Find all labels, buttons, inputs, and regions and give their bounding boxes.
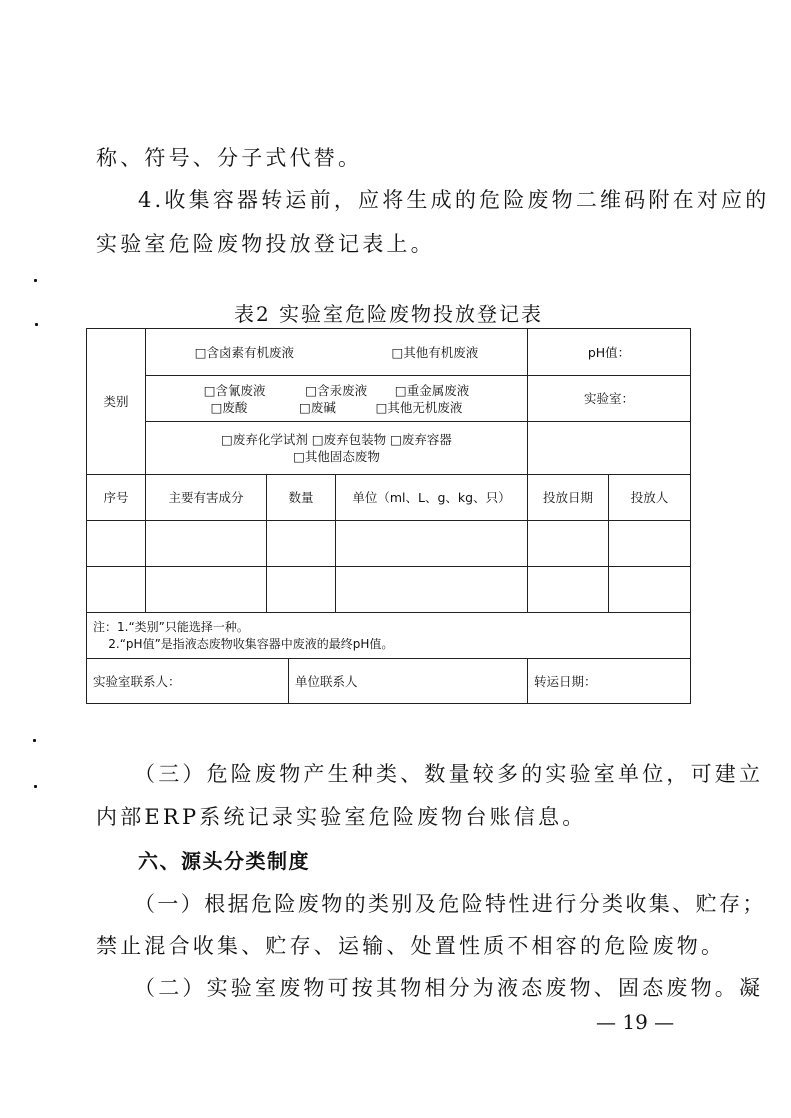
checkbox-row-solid-2[interactable]: □其他固态废物 [293, 448, 380, 465]
table-cell[interactable] [608, 566, 691, 613]
paragraph-one-line2: 禁止混合收集、贮存、运输、处置性质不相容的危险废物。 [96, 930, 696, 960]
transfer-date-cell[interactable]: 转运日期： [527, 658, 691, 704]
header-quantity: 数量 [266, 474, 336, 521]
paragraph-continuation: 称、符号、分子式代替。 [96, 142, 696, 172]
page-number: — 19 — [596, 1010, 674, 1034]
margin-mark [34, 279, 37, 282]
table-caption: 表2 实验室危险废物投放登记表 [86, 298, 691, 327]
waste-registration-table: 类别 □含卤素有机废液 □其他有机废液 pH值： □含氰废液 □含汞废液 □重金… [86, 328, 691, 704]
paragraph-one-line1: （一）根据危险废物的类别及危险特性进行分类收集、贮存； [134, 888, 734, 918]
section-heading-6: 六、源头分类制度 [138, 845, 738, 874]
table-cell[interactable] [86, 520, 146, 567]
header-dropper: 投放人 [608, 474, 691, 521]
paragraph-two-line1: （二）实验室废物可按其物相分为液态废物、固态废物。凝 [134, 972, 734, 1002]
paragraph-three-line1: （三）危险废物产生种类、数量较多的实验室单位，可建立 [134, 758, 734, 788]
header-unit: 单位（ml、L、g、kg、只） [335, 474, 528, 521]
paragraph-item-4-line1: 4.收集容器转运前，应将生成的危险废物二维码附在对应的 [138, 184, 738, 214]
empty-right-cell [527, 421, 691, 475]
table-cell[interactable] [527, 566, 609, 613]
inorganic-waste-options: □含氰废液 □含汞废液 □重金属废液 □废酸 □废碱 □其他无机废液 [145, 375, 528, 422]
checkbox-row-inorganic-2[interactable]: □废酸 □废碱 □其他无机废液 [211, 399, 463, 416]
category-label-cell: 类别 [86, 328, 146, 475]
table-cell[interactable] [608, 520, 691, 567]
header-drop-date: 投放日期 [527, 474, 609, 521]
checkbox-row-inorganic-1[interactable]: □含氰废液 □含汞废液 □重金属废液 [204, 382, 469, 399]
checkbox-other-organic[interactable]: □其他有机废液 [391, 344, 478, 361]
organic-waste-options: □含卤素有机废液 □其他有机废液 [145, 328, 528, 376]
margin-mark [33, 739, 36, 742]
table-cell[interactable] [335, 566, 528, 613]
margin-mark [34, 785, 37, 788]
note-line-1: 注：1.“类别”只能选择一种。 [93, 619, 249, 636]
ph-value-cell[interactable]: pH值： [527, 328, 691, 376]
paragraph-three-line2: 内部ERP系统记录实验室危险废物台账信息。 [96, 801, 696, 831]
table-cell[interactable] [266, 520, 336, 567]
table-notes: 注：1.“类别”只能选择一种。 2.“pH值”是指液态废物收集容器中废液的最终p… [86, 612, 691, 659]
margin-mark [35, 323, 38, 326]
laboratory-cell[interactable]: 实验室： [527, 375, 691, 422]
table-cell[interactable] [266, 566, 336, 613]
unit-contact-cell[interactable]: 单位联系人 [288, 658, 528, 704]
table-cell[interactable] [527, 520, 609, 567]
checkbox-halogenated-organic[interactable]: □含卤素有机废液 [195, 344, 294, 361]
lab-contact-cell[interactable]: 实验室联系人： [86, 658, 289, 704]
table-cell[interactable] [145, 520, 267, 567]
table-cell[interactable] [145, 566, 267, 613]
table-cell[interactable] [86, 566, 146, 613]
checkbox-row-solid-1[interactable]: □废弃化学试剂 □废弃包装物 □废弃容器 [221, 431, 452, 448]
table-cell[interactable] [335, 520, 528, 567]
header-main-component: 主要有害成分 [145, 474, 267, 521]
solid-waste-options: □废弃化学试剂 □废弃包装物 □废弃容器 □其他固态废物 [145, 421, 528, 475]
header-serial: 序号 [86, 474, 146, 521]
note-line-2: 2.“pH值”是指液态废物收集容器中废液的最终pH值。 [93, 636, 393, 653]
paragraph-item-4-line2: 实验室危险废物投放登记表上。 [96, 228, 696, 258]
